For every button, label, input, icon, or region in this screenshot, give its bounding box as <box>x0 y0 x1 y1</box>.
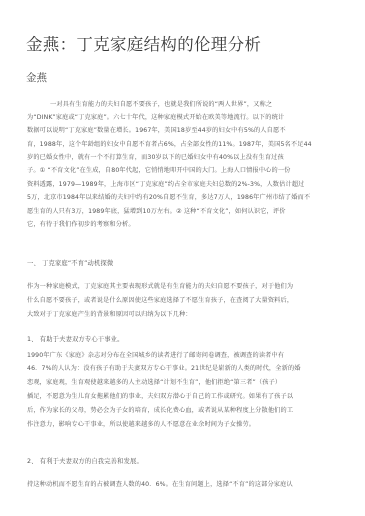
paragraph-line: 育，1988年，这个年龄组的妇女中自愿不育者占6%，占全部女性的11%。1987… <box>27 141 312 149</box>
paragraph-line: 大致对于丁克家庭产生的背景和原因可以归纳为以下几种： <box>27 311 192 319</box>
paragraph-line: 5万，北京市1984年以来结婚的夫妇中约有20%自愿不生育，多达7万人，1986… <box>27 194 310 202</box>
page-title: 金燕：丁克家庭结构的伦理分析 <box>26 31 261 55</box>
author-name: 金燕 <box>26 70 47 85</box>
paragraph-line: 后，作为家长的父母，势必会为子女的培育，成长化费心血，或者说从某种程度上分散他们… <box>27 407 293 415</box>
paragraph-line: 它，有待于我们作初步的考察和分析。 <box>27 221 135 229</box>
subsection-heading: 2、 有利于夫妻双方的自我完善和发展。 <box>27 458 143 466</box>
paragraph-line: 作为一种家庭模式，丁克家庭其主要表现形式就是有生育能力的夫妇自愿不要孩子，对于他… <box>27 283 293 291</box>
paragraph-line: 数据可以说明“丁克家庭”数量在增长。1967年，美国18岁至44岁的妇女中有5%… <box>27 127 286 135</box>
paragraph-line: 资料透露，1979—1989年，上海市区“丁克家庭”约占全市家庭夫妇总数的2%-… <box>27 181 305 189</box>
subsection-heading: 1、 有助于夫妻双方专心干事业。 <box>27 336 124 344</box>
paragraph-line: 子。① “不育文化”在生成，自80年代起，它悄悄地叩开中国的大门。上海人口情报中… <box>27 167 291 175</box>
paragraph-line: 插足，不愿意为生儿育女拖累他们的事业，夫妇双方潜心于自己的工作或研究。如果有了孩… <box>27 393 293 401</box>
paragraph-line: 愿生育的人只有3万，1989年底，猛增到10万左右。② 这种“不育文化”，如何认… <box>27 208 286 216</box>
paragraph-line: 为“DINK”家庭或“丁克家庭”。六七十年代，这种家庭模式开始在欧美等地流行。以… <box>27 114 284 122</box>
document-page: 金燕：丁克家庭结构的伦理分析 金燕 一对具有生育能力的夫妇自愿不要孩子，也就是我… <box>0 0 365 516</box>
paragraph-line: 恋观，家庭观，生育观使越来越多的人主动选择“计划不生育”，他们拒绝“第三者”（孩… <box>27 379 281 387</box>
paragraph-line: 1990年广东《家庭》杂志对分布在全国城乡的读者进行了邮寄问卷调查，被调查的读者… <box>27 352 284 360</box>
paragraph-line: 作注意力，影响专心干事业，所以使越来越多的人不愿意在业余时间为子女操劳。 <box>27 421 255 429</box>
paragraph-line: 46．7%的人认为：没有孩子有助于夫妻双方专心干事业。21世纪是崭新的人类的时代… <box>27 365 301 373</box>
paragraph-line: 岁的已婚女性中，就有一个不打算生育，而30岁以下的已婚妇女中有40%以上没有生育… <box>27 154 284 162</box>
section-heading: 一、 丁克家庭“不育”动机探微 <box>27 260 113 268</box>
paragraph-line: 什么自愿不要孩子，或者说是什么原因使这些家庭选择了不愿生育孩子，在查阅了大量资料… <box>27 297 293 305</box>
paragraph-line: 一对具有生育能力的夫妇自愿不要孩子，也就是我们所说的“两人世界”，又称之 <box>50 101 272 109</box>
paragraph-line: 持这种动机而不愿生育的占被调查人数的40．6%。在生育问题上，选择“不育”的这部… <box>27 481 293 489</box>
